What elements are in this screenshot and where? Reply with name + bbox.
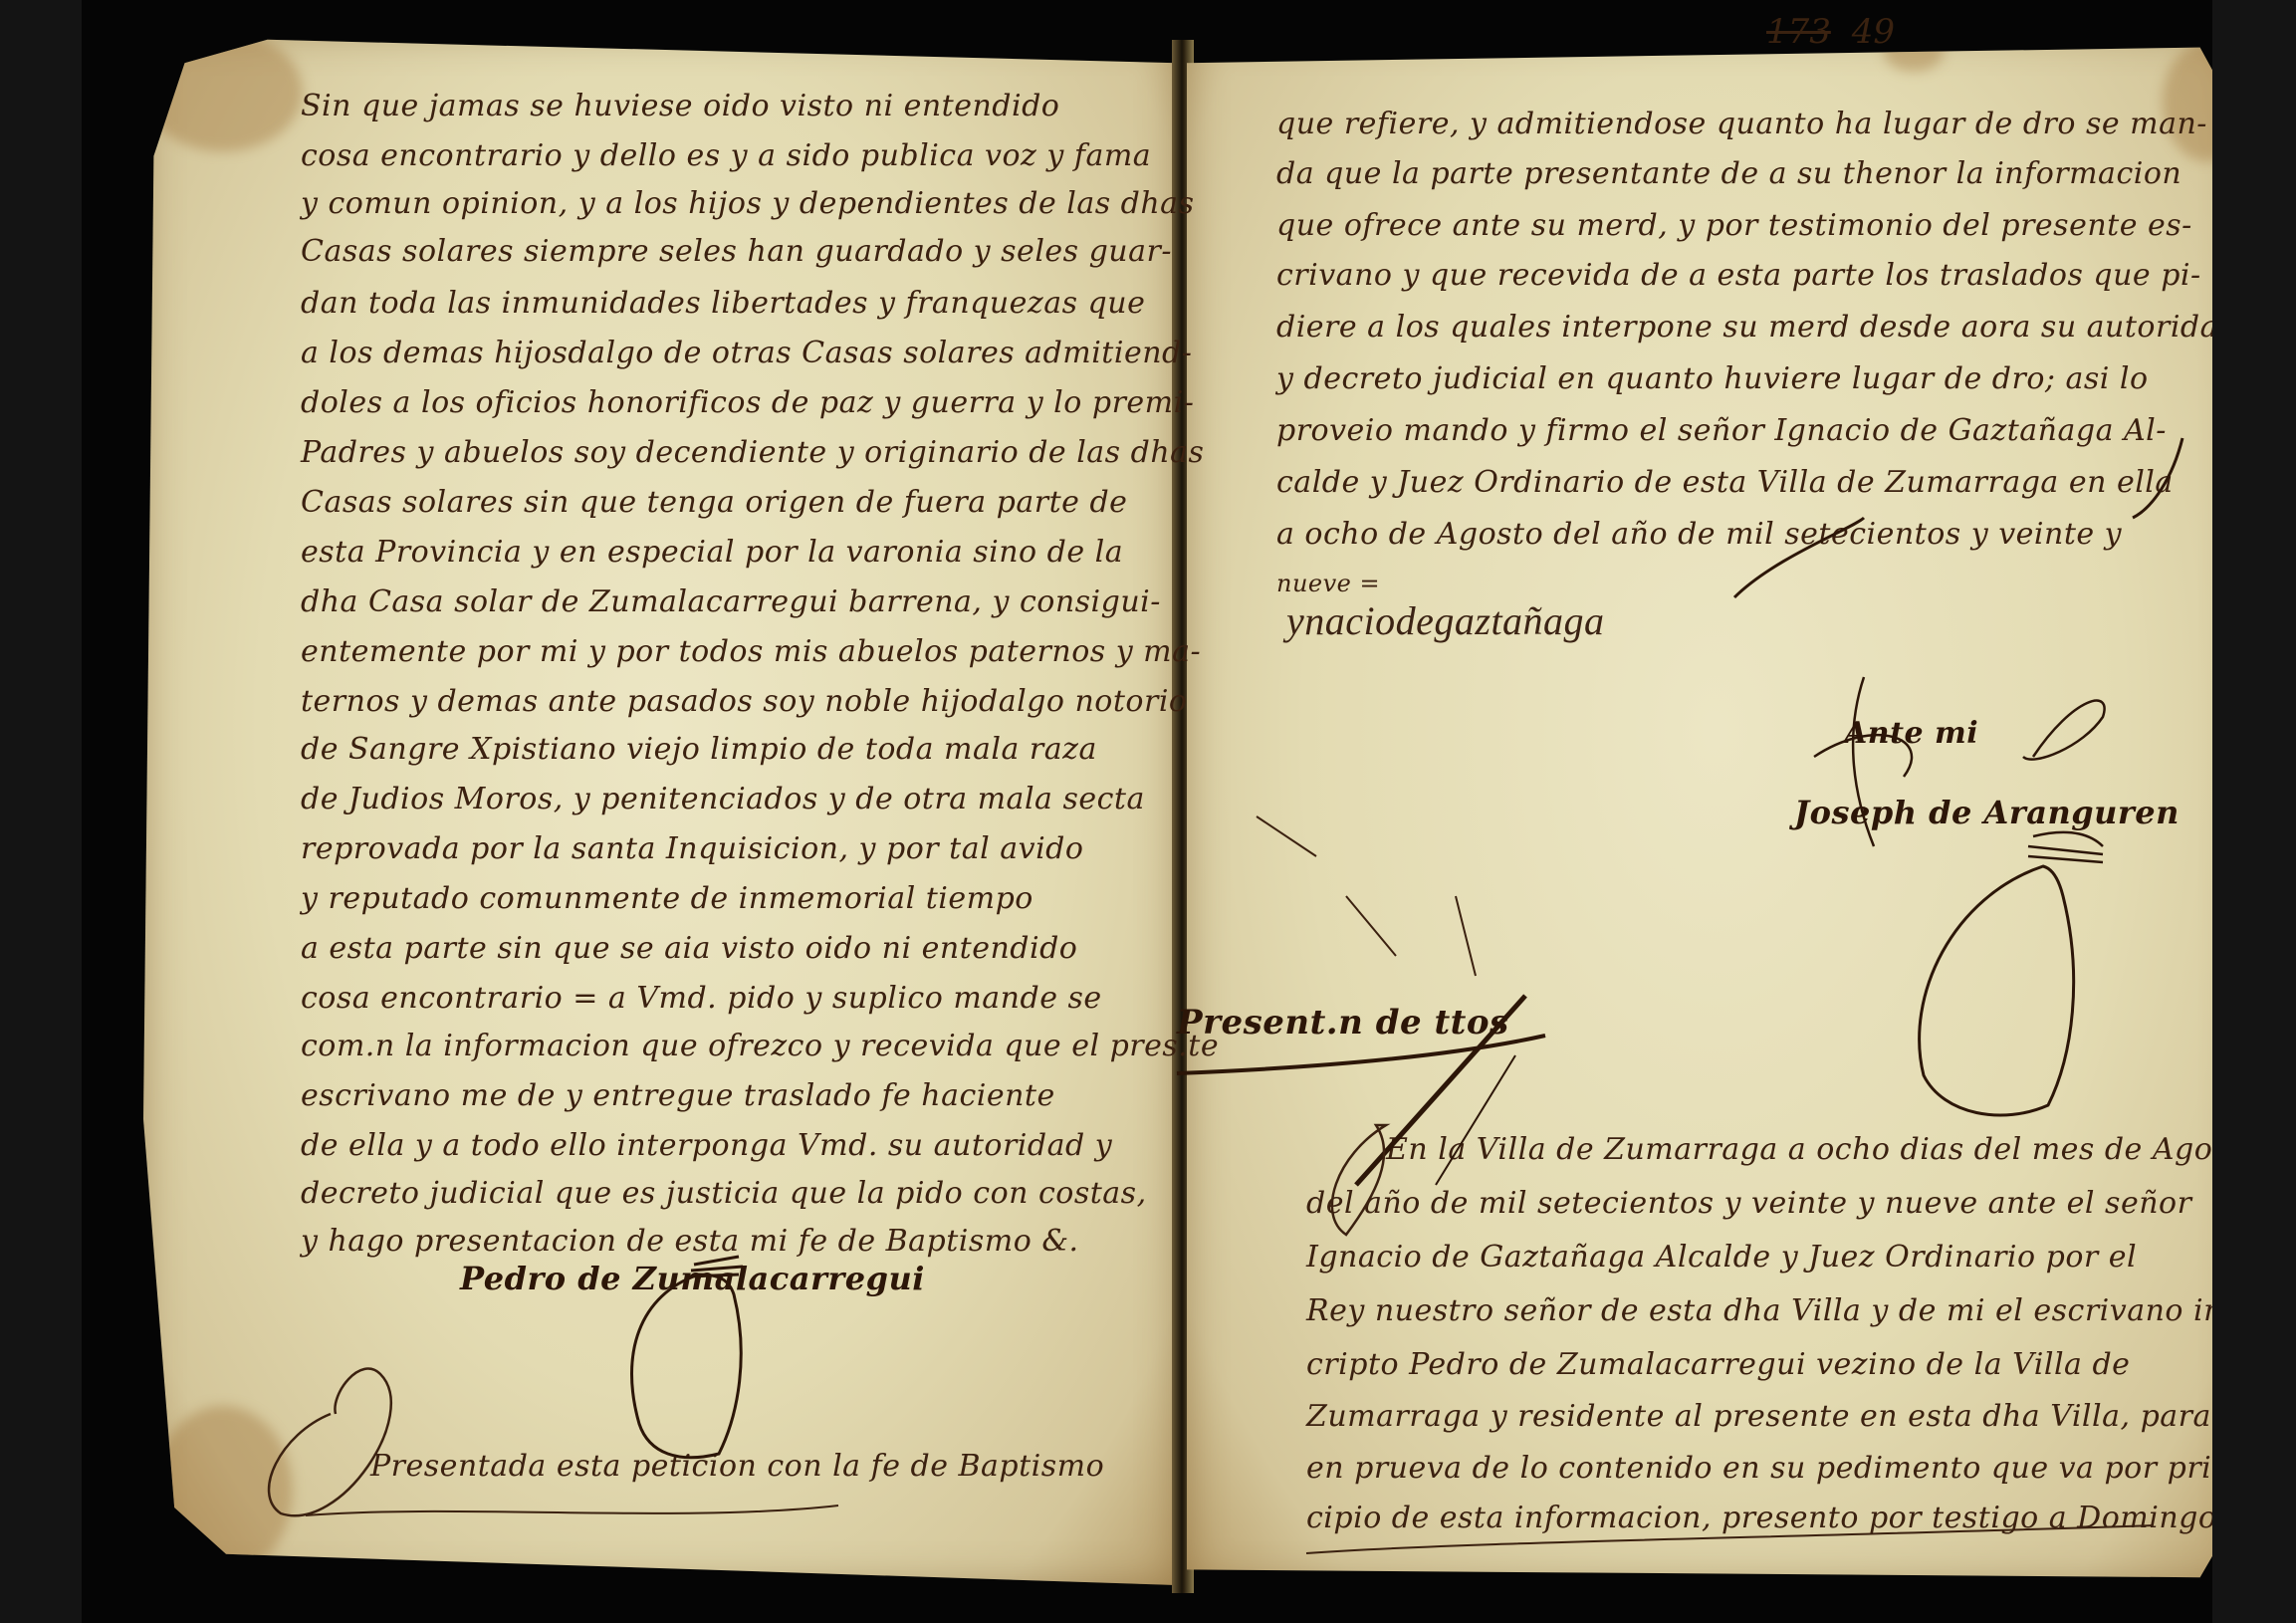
manuscript-image-viewer: 173 49 Sin que jamas se huviese oido vis… xyxy=(82,0,2212,1623)
viewer-right-margin xyxy=(2214,0,2296,1623)
right-page-flourishes-icon xyxy=(82,0,2212,1623)
viewer-left-margin xyxy=(0,0,82,1623)
